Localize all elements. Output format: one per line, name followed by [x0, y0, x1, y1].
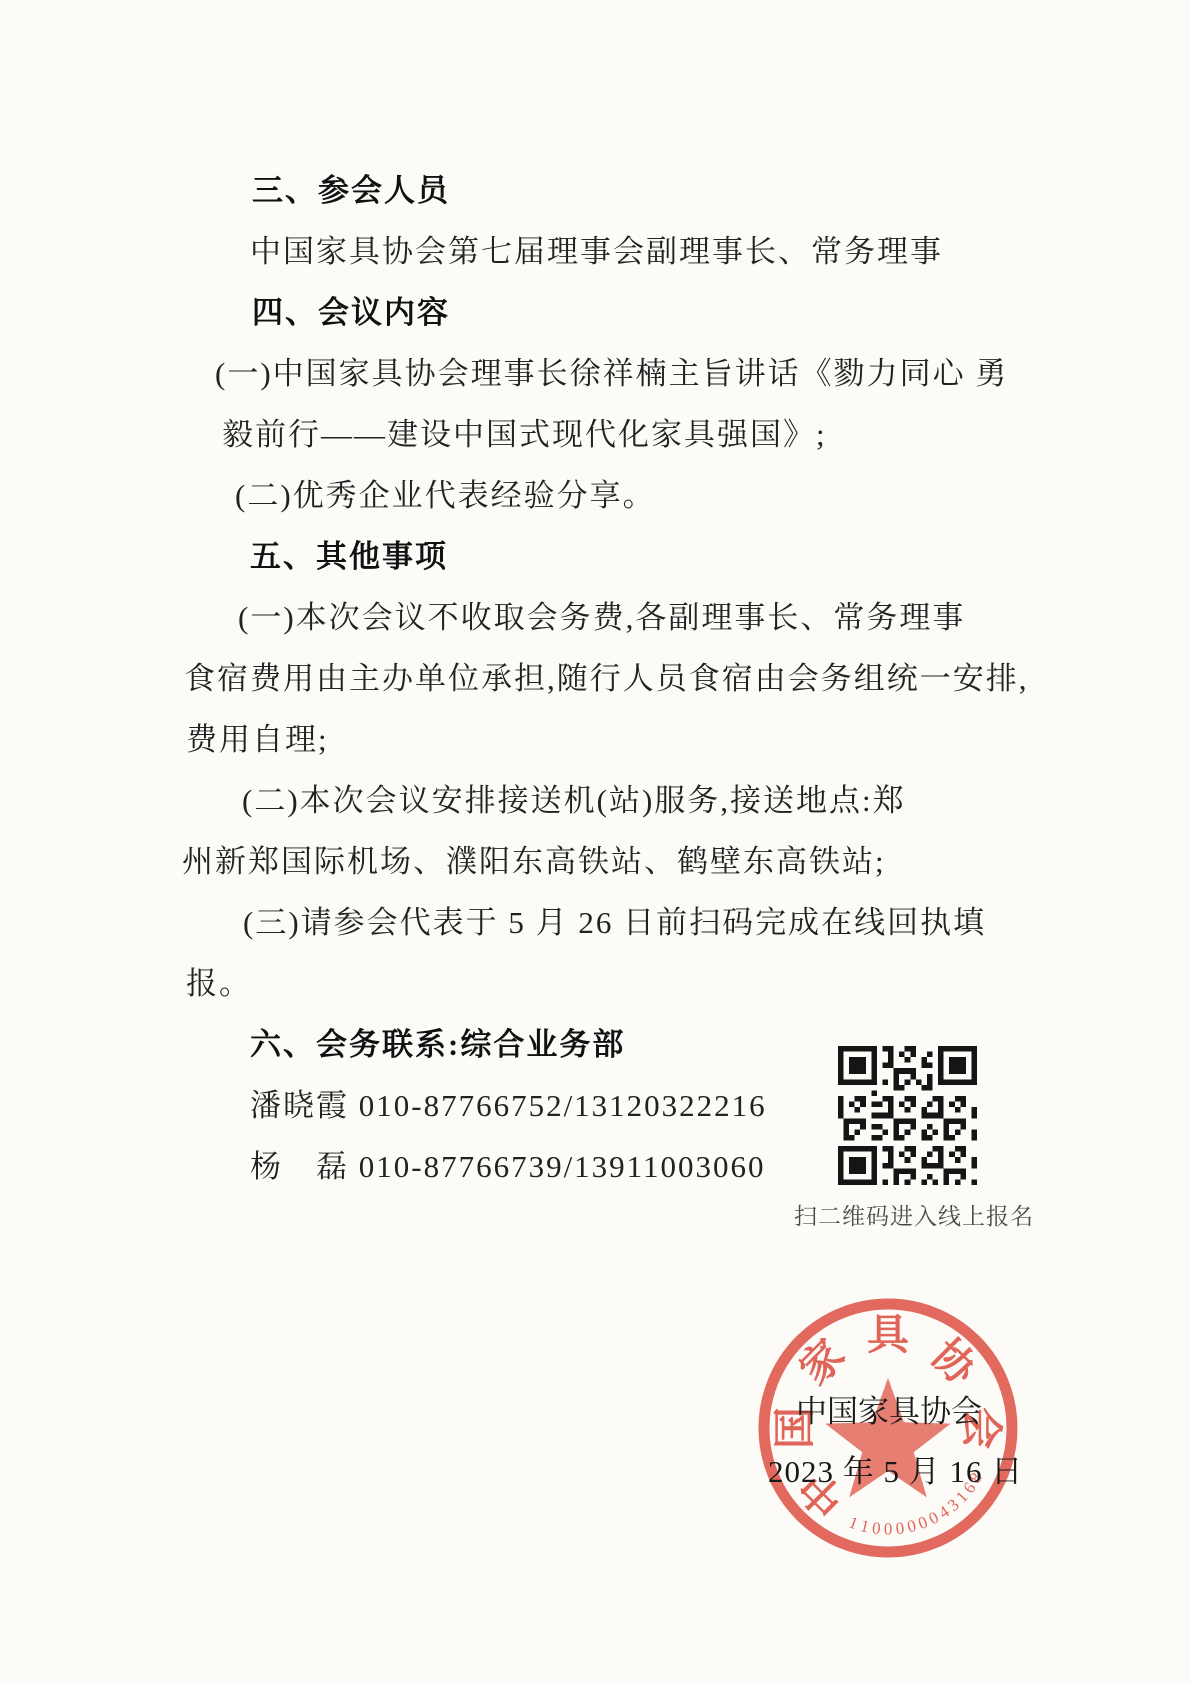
document-line-8: (一)本次会议不收取会务费,各副理事长、常务理事 — [0, 587, 1190, 648]
document-line-17: 杨 磊 010-87766739/13911003060 — [0, 1136, 1190, 1197]
document-line-4: (一)中国家具协会理事长徐祥楠主旨讲话《勠力同心 勇 — [0, 343, 1190, 404]
scanned-document-page: { "page": { "background": "#fcfbf8", "te… — [0, 0, 1190, 1682]
document-line-3: 四、会议内容 — [0, 282, 1190, 343]
document-line-13: (三)请参会代表于 5 月 26 日前扫码完成在线回执填 — [0, 892, 1190, 953]
document-line-12: 州新郑国际机场、濮阳东高铁站、鹤壁东高铁站; — [0, 831, 1190, 892]
document-line-16: 潘晓霞 010-87766752/13120322216 — [0, 1075, 1190, 1136]
document-line-1: 三、参会人员 — [0, 160, 1190, 221]
document-line-6: (二)优秀企业代表经验分享。 — [0, 465, 1190, 526]
document-line-9: 食宿费用由主办单位承担,随行人员食宿由会务组统一安排, — [0, 648, 1190, 709]
document-line-15: 六、会务联系:综合业务部 — [0, 1014, 1190, 1075]
qr-caption: 扫二维码进入线上报名 — [764, 1198, 1064, 1231]
issuer-name: 中国家具协会 — [796, 1386, 982, 1431]
document-line-11: (二)本次会议安排接送机(站)服务,接送地点:郑 — [0, 770, 1190, 831]
svg-text:0: 0 — [871, 1518, 882, 1538]
document-line-2: 中国家具协会第七届理事会副理事长、常务理事 — [0, 221, 1190, 282]
svg-text:具: 具 — [867, 1313, 911, 1359]
document-line-14: 报。 — [0, 953, 1190, 1014]
document-line-10: 费用自理; — [0, 709, 1190, 770]
issue-date: 2023 年 5 月 16 日 — [768, 1446, 1023, 1491]
svg-text:0: 0 — [884, 1519, 893, 1538]
document-page: 三、参会人员中国家具协会第七届理事会副理事长、常务理事四、会议内容(一)中国家具… — [0, 0, 1190, 1682]
document-body: 三、参会人员中国家具协会第七届理事会副理事长、常务理事四、会议内容(一)中国家具… — [0, 160, 1190, 1197]
svg-text:1: 1 — [858, 1516, 871, 1536]
document-line-5: 毅前行——建设中国式现代化家具强国》; — [0, 404, 1190, 465]
svg-text:0: 0 — [895, 1518, 906, 1538]
document-line-7: 五、其他事项 — [0, 526, 1190, 587]
qr-code — [838, 1046, 977, 1185]
